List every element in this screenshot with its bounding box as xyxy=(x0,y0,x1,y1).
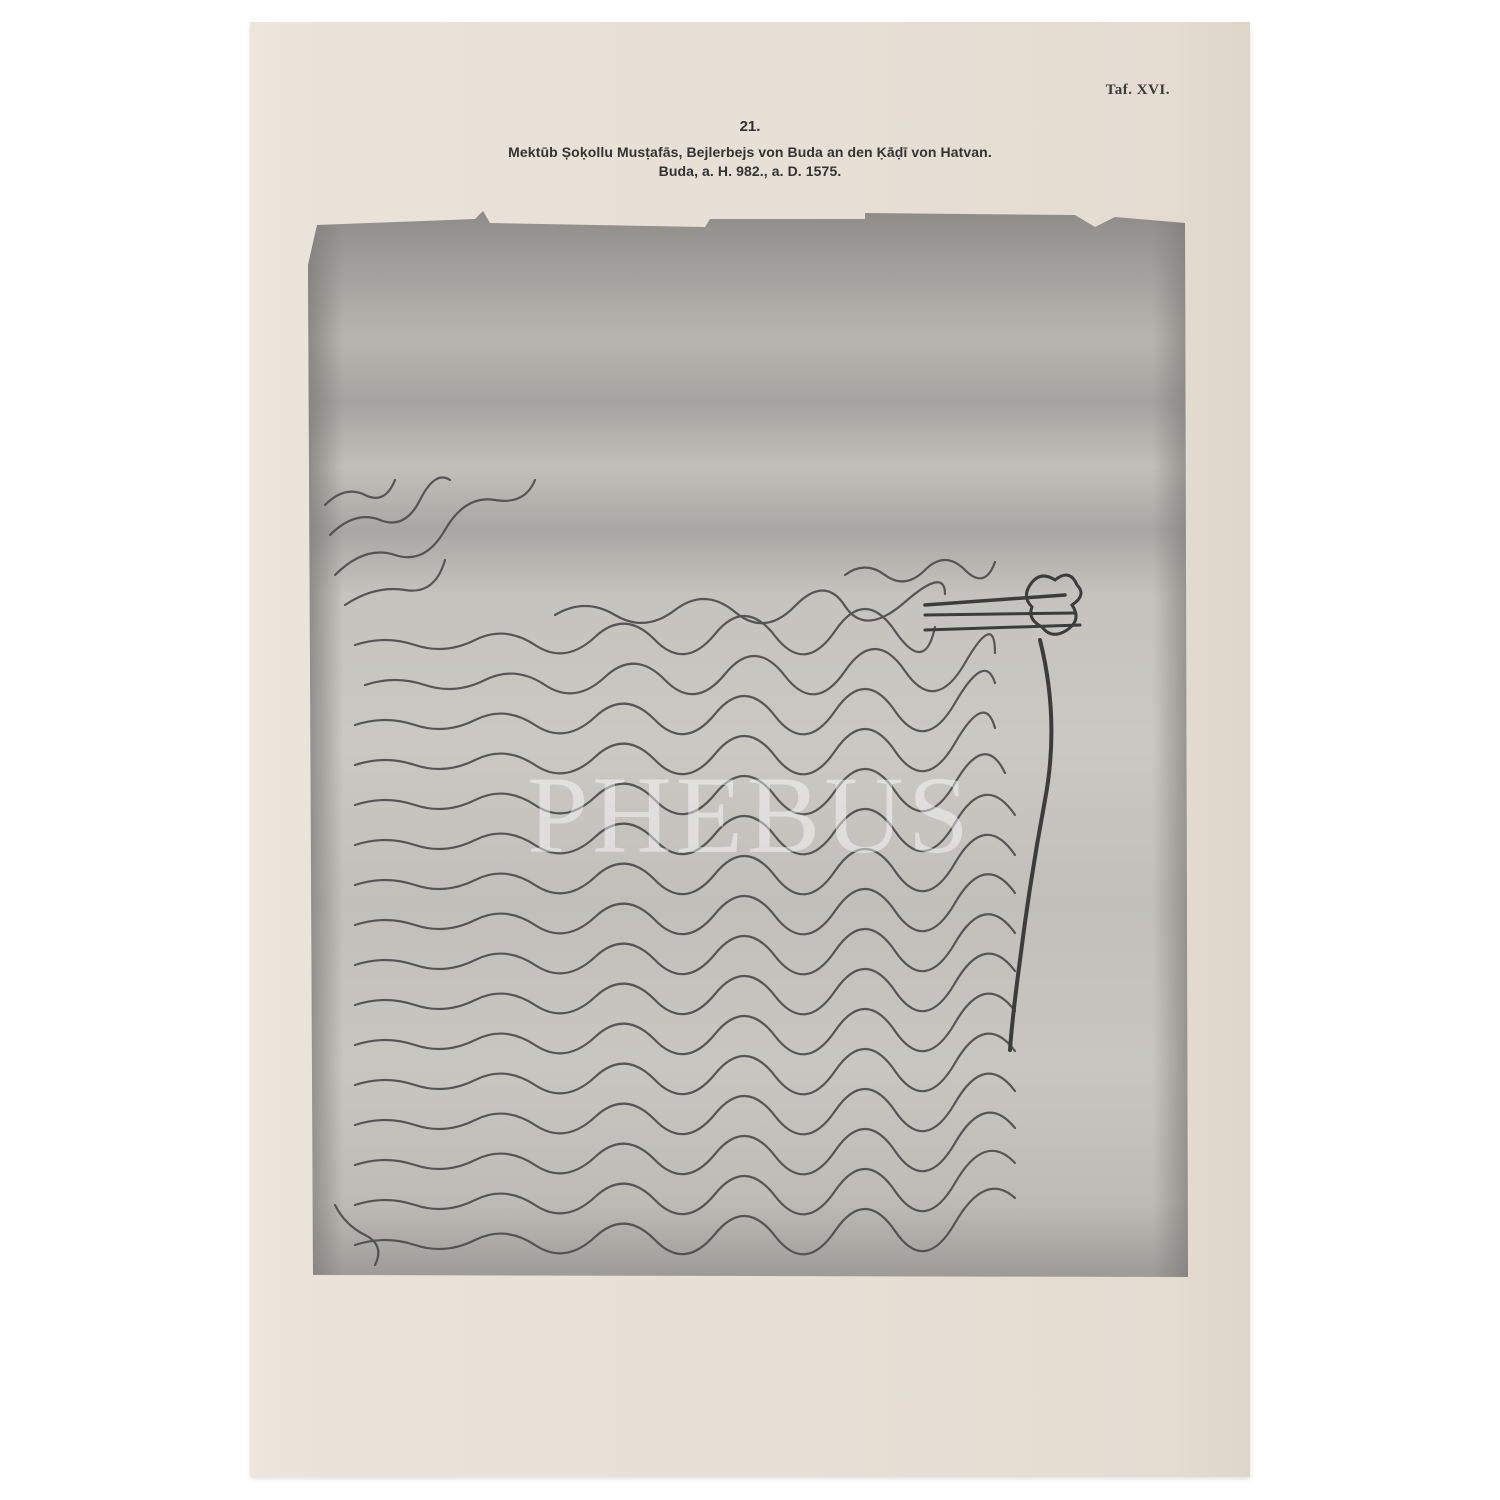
plate-number: Taf. XVI. xyxy=(1106,82,1170,99)
figure-number: 21. xyxy=(250,118,1250,135)
caption-date: Buda, a. H. 982., a. D. 1575. xyxy=(250,162,1250,181)
manuscript-image xyxy=(305,205,1190,1277)
caption: 21. Mektūb Șoḳollu Musṭafās, Bejlerbejs … xyxy=(250,118,1250,181)
caption-title: Mektūb Șoḳollu Musṭafās, Bejlerbejs von … xyxy=(250,143,1250,162)
manuscript-facsimile xyxy=(305,205,1190,1277)
printed-plate-page: Taf. XVI. 21. Mektūb Șoḳollu Musṭafās, B… xyxy=(250,22,1250,1477)
